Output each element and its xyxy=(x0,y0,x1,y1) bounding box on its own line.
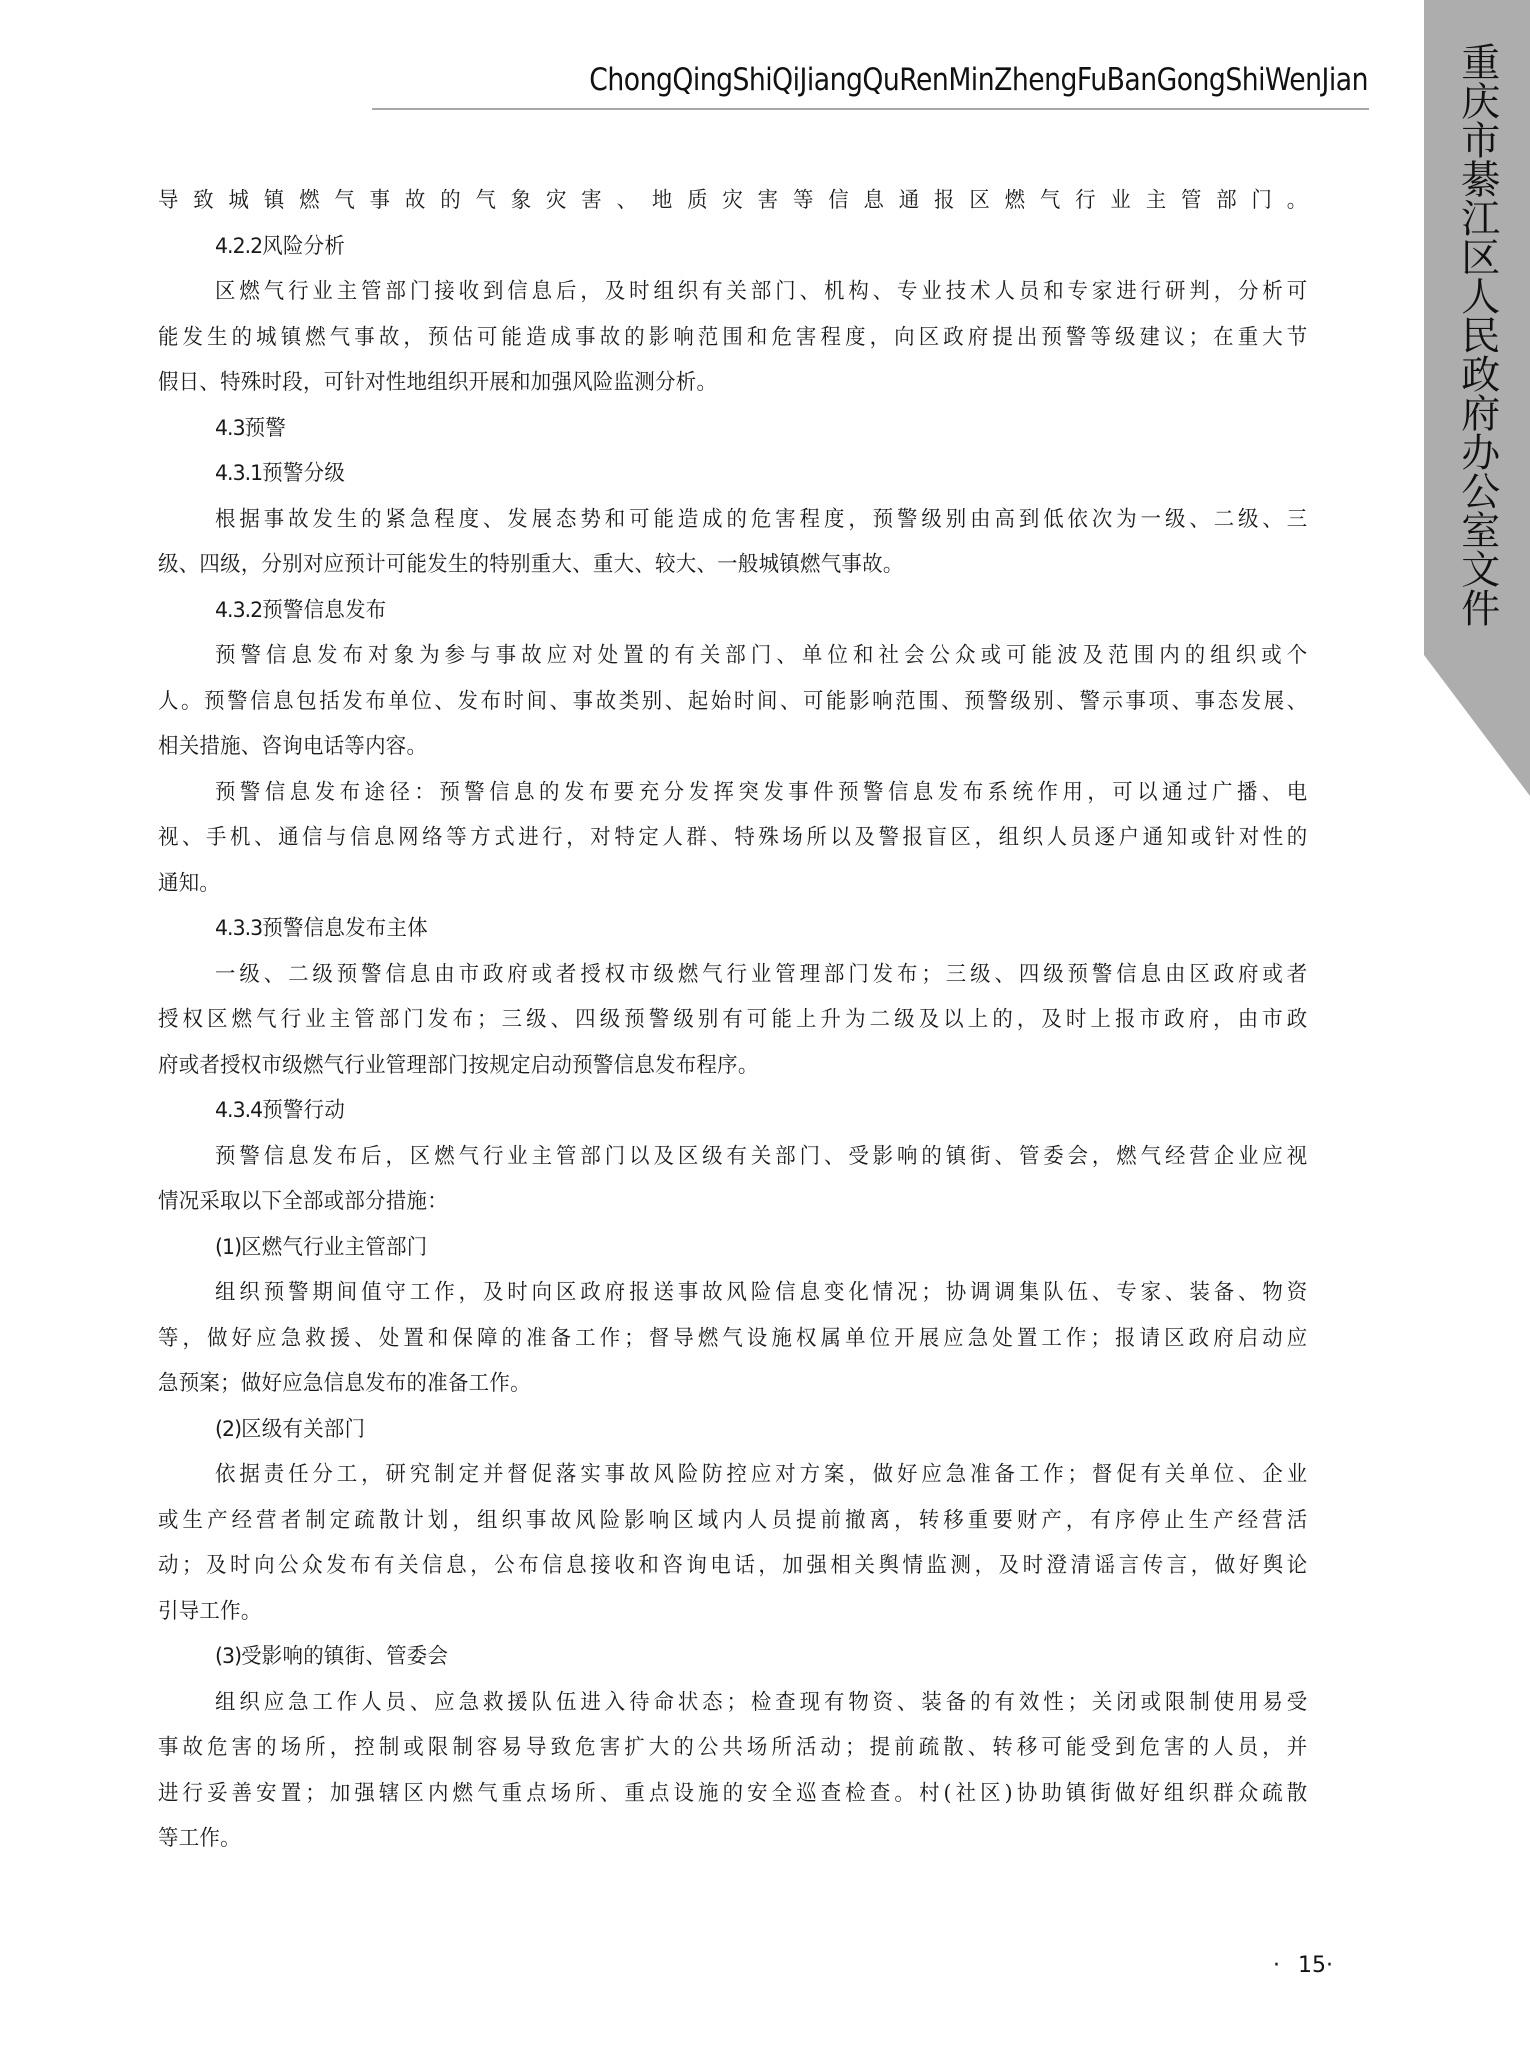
body-line: 情况采取以下全部或部分措施： xyxy=(158,1179,1308,1225)
page-number-prefix: · xyxy=(1273,1953,1280,1978)
body-line: 事故危害的场所，控制或限制容易导致危害扩大的公共场所活动；提前疏散、转移可能受到… xyxy=(158,1725,1308,1771)
section-heading-4-3-4: 4.3.4预警行动 xyxy=(158,1088,1308,1134)
page-number-suffix: · xyxy=(1326,1953,1333,1978)
body-line: 引导工作。 xyxy=(158,1589,1308,1635)
body-line: 预警信息发布对象为参与事故应对处置的有关部门、单位和社会公众或可能波及范围内的组… xyxy=(158,633,1308,679)
subheading-1: (1)区燃气行业主管部门 xyxy=(158,1225,1308,1271)
body-line: 预警信息发布途径：预警信息的发布要充分发挥突发事件预警信息发布系统作用，可以通过… xyxy=(158,770,1308,816)
body-line: 视、手机、通信与信息网络等方式进行，对特定人群、特殊场所以及警报盲区，组织人员逐… xyxy=(158,815,1308,861)
body-line: 等，做好应急救援、处置和保障的准备工作；督导燃气设施权属单位开展应急处置工作；报… xyxy=(158,1316,1308,1362)
running-header-pinyin: ChongQingShiQiJiangQuRenMinZhengFuBanGon… xyxy=(551,62,1368,98)
section-heading-4-3-1: 4.3.1预警分级 xyxy=(158,451,1308,497)
body-line: 动；及时向公众发布有关信息，公布信息接收和咨询电话，加强相关舆情监测，及时澄清谣… xyxy=(158,1543,1308,1589)
document-body: 导致城镇燃气事故的气象灾害、地质灾害等信息通报区燃气行业主管部门。 4.2.2风… xyxy=(158,178,1368,1862)
body-line: 区燃气行业主管部门接收到信息后，及时组织有关部门、机构、专业技术人员和专家进行研… xyxy=(158,269,1308,315)
subheading-3: (3)受影响的镇街、管委会 xyxy=(158,1634,1308,1680)
body-line: 假日、特殊时段，可针对性地组织开展和加强风险监测分析。 xyxy=(158,360,1308,406)
body-line: 人。预警信息包括发布单位、发布时间、事故类别、起始时间、可能影响范围、预警级别、… xyxy=(158,679,1308,725)
body-line: 能发生的城镇燃气事故，预估可能造成事故的影响范围和危害程度，向区政府提出预警等级… xyxy=(158,315,1308,361)
section-heading-4-2-2: 4.2.2风险分析 xyxy=(158,224,1308,270)
body-line: 或生产经营者制定疏散计划，组织事故风险影响区域内人员提前撤离，转移重要财产，有序… xyxy=(158,1498,1308,1544)
body-line: 级、四级，分别对应预计可能发生的特别重大、重大、较大、一般城镇燃气事故。 xyxy=(158,542,1308,588)
subheading-2: (2)区级有关部门 xyxy=(158,1407,1308,1453)
body-line: 一级、二级预警信息由市政府或者授权市级燃气行业管理部门发布；三级、四级预警信息由… xyxy=(158,952,1308,998)
page-number: ·15· xyxy=(1273,1953,1333,1978)
body-line: 通知。 xyxy=(158,861,1308,907)
body-line: 进行妥善安置；加强辖区内燃气重点场所、重点设施的安全巡查检查。村(社区)协助镇街… xyxy=(158,1771,1308,1817)
body-line: 急预案；做好应急信息发布的准备工作。 xyxy=(158,1361,1308,1407)
body-line: 预警信息发布后，区燃气行业主管部门以及区级有关部门、受影响的镇街、管委会，燃气经… xyxy=(158,1134,1308,1180)
body-line: 府或者授权市级燃气行业管理部门按规定启动预警信息发布程序。 xyxy=(158,1043,1308,1089)
body-line: 导致城镇燃气事故的气象灾害、地质灾害等信息通报区燃气行业主管部门。 xyxy=(158,178,1308,224)
body-line: 组织应急工作人员、应急救援队伍进入待命状态；检查现有物资、装备的有效性；关闭或限… xyxy=(158,1680,1308,1726)
page-number-value: 15 xyxy=(1298,1953,1326,1978)
body-line: 等工作。 xyxy=(158,1816,1308,1862)
body-line: 依据责任分工，研究制定并督促落实事故风险防控应对方案，做好应急准备工作；督促有关… xyxy=(158,1452,1308,1498)
section-heading-4-3-2: 4.3.2预警信息发布 xyxy=(158,588,1308,634)
body-line: 相关措施、咨询电话等内容。 xyxy=(158,724,1308,770)
side-tab-label: 重庆市綦江区人民政府办公室文件 xyxy=(1424,42,1530,662)
body-line: 授权区燃气行业主管部门发布；三级、四级预警级别有可能上升为二级及以上的，及时上报… xyxy=(158,997,1308,1043)
section-heading-4-3: 4.3预警 xyxy=(158,406,1308,452)
header-divider xyxy=(372,108,1369,110)
body-line: 根据事故发生的紧急程度、发展态势和可能造成的危害程度，预警级别由高到低依次为一级… xyxy=(158,497,1308,543)
body-line: 组织预警期间值守工作，及时向区政府报送事故风险信息变化情况；协调调集队伍、专家、… xyxy=(158,1270,1308,1316)
section-heading-4-3-3: 4.3.3预警信息发布主体 xyxy=(158,906,1308,952)
